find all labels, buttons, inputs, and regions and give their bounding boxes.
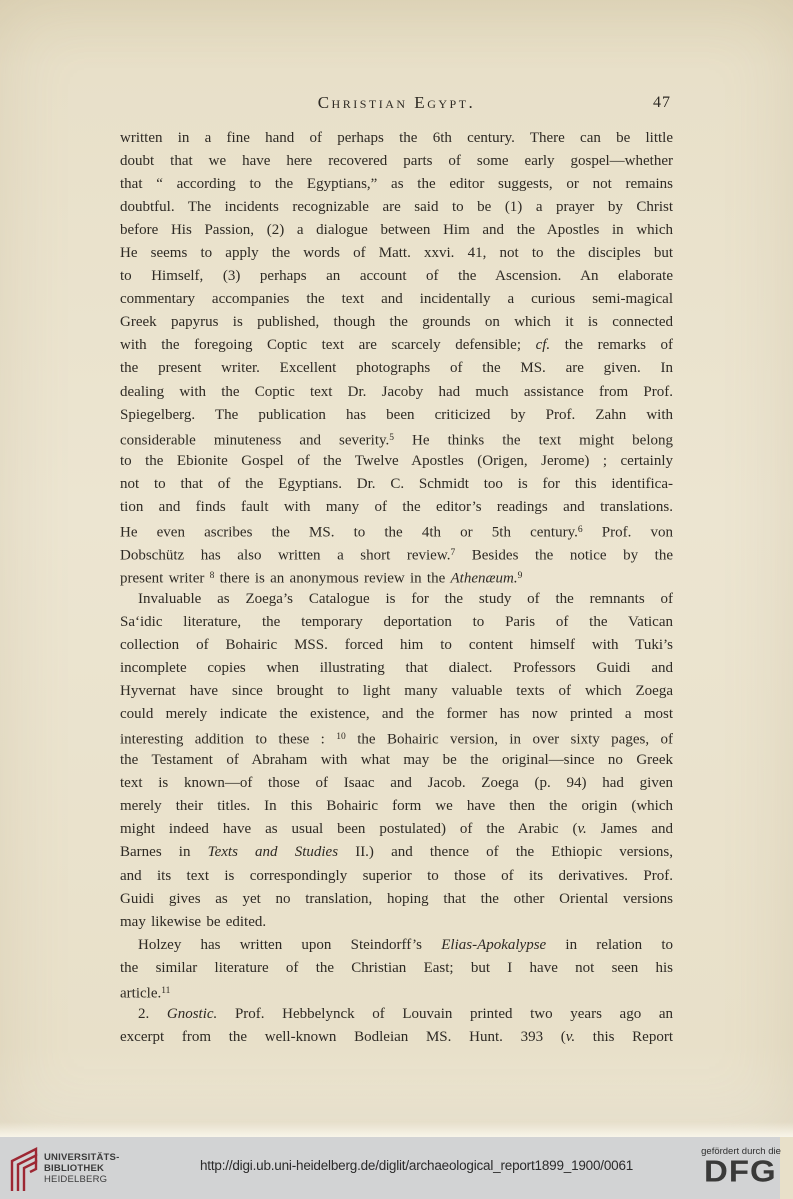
text-segment: James and (587, 821, 673, 837)
text-block: written in a fine hand of perhaps the 6t… (120, 127, 673, 1049)
text-line: Hyvernat have since brought to light man… (120, 680, 673, 703)
text-line: to the Ebionite Gospel of the Twelve Apo… (120, 450, 673, 473)
text-line: not to that of the Egyptians. Dr. C. Sch… (120, 473, 673, 496)
text-line: 2. Gnostic. Prof. Hebbelynck of Louvain … (120, 1003, 673, 1026)
text-segment: Hyvernat have since brought to light man… (120, 683, 673, 699)
text-segment: Greek papyrus is published, though the g… (120, 314, 673, 330)
text-segment: Invaluable as Zoega’s Catalogue is for t… (138, 591, 673, 607)
text-segment: considerable minuteness and severity. (120, 432, 389, 448)
text-line: merely their titles. In this Bohairic fo… (120, 795, 673, 818)
text-line: to Himself, (3) perhaps an account of th… (120, 265, 673, 288)
text-segment: 2. (138, 1006, 167, 1022)
ub-heidelberg-logo-icon (9, 1147, 40, 1192)
scanned-page: Christian Egypt. 47 written in a fine ha… (0, 0, 793, 1137)
text-segment: before His Passion, (2) a dialogue betwe… (120, 222, 673, 238)
text-segment: not to that of the Egyptians. Dr. C. Sch… (120, 476, 673, 492)
text-line: present writer 8 there is an anonymous r… (120, 565, 673, 588)
text-segment: Gnostic. (167, 1006, 217, 1022)
text-segment: to the Ebionite Gospel of the Twelve Apo… (120, 453, 673, 469)
text-line: could merely indicate the existence, and… (120, 703, 673, 726)
text-segment: interesting addition to these : (120, 732, 336, 748)
dfg-logo: DFG (704, 1154, 774, 1189)
text-line: doubt that we have here recovered parts … (120, 150, 673, 173)
text-segment: with the foregoing Coptic text are scarc… (120, 337, 536, 353)
text-line: before His Passion, (2) a dialogue betwe… (120, 219, 673, 242)
text-line: that “ according to the Egyptians,” as t… (120, 173, 673, 196)
text-segment: Athenæum. (451, 570, 518, 586)
text-line: Invaluable as Zoega’s Catalogue is for t… (120, 588, 673, 611)
text-segment: article. (120, 985, 161, 1001)
text-line: with the foregoing Coptic text are scarc… (120, 334, 673, 357)
text-line: written in a fine hand of perhaps the 6t… (120, 127, 673, 150)
text-line: Holzey has written upon Steindorff’s Eli… (120, 934, 673, 957)
text-segment: to Himself, (3) perhaps an account of th… (120, 268, 673, 284)
text-segment: 9 (518, 571, 523, 581)
text-segment: the Testament of Abraham with what may b… (120, 752, 673, 768)
text-line: article.11 (120, 980, 673, 1003)
text-segment: Prof. Hebbelynck of Louvain printed two … (217, 1006, 673, 1022)
text-line: the present writer. Excellent photograph… (120, 357, 673, 380)
text-line: excerpt from the well-known Bodleian MS.… (120, 1026, 673, 1049)
text-segment: Spiegelberg. The publication has been cr… (120, 407, 673, 423)
text-line: the Testament of Abraham with what may b… (120, 749, 673, 772)
text-line: commentary accompanies the text and inci… (120, 288, 673, 311)
text-segment: there is an anonymous review in the (214, 570, 450, 586)
text-line: Sa‘idic literature, the temporary deport… (120, 611, 673, 634)
scan-page-edge (0, 1122, 793, 1137)
text-segment: v. (578, 821, 587, 837)
text-segment: this Report (575, 1029, 673, 1045)
text-line: and its text is correspondingly superior… (120, 865, 673, 888)
text-line: interesting addition to these : 10 the B… (120, 726, 673, 749)
text-segment: the similar literature of the Christian … (120, 960, 673, 976)
text-segment: the present writer. Excellent photograph… (120, 360, 673, 376)
text-segment: commentary accompanies the text and inci… (120, 291, 673, 307)
text-segment: Besides the notice by the (455, 547, 673, 563)
text-segment: Elias-Apokalypse (441, 937, 546, 953)
text-line: text is known—of those of Isaac and Jaco… (120, 772, 673, 795)
text-segment: II.) and thence of the Ethiopic versions… (338, 844, 673, 860)
text-segment: 11 (161, 986, 170, 996)
text-segment: dealing with the Coptic text Dr. Jacoby … (120, 384, 673, 400)
text-segment: the remarks of (550, 337, 673, 353)
text-segment: cf. (536, 337, 551, 353)
text-segment: the Bohairic version, in over sixty page… (346, 732, 673, 748)
text-segment: Dobschütz has also written a short revie… (120, 547, 450, 563)
document-url: http://digi.ub.uni-heidelberg.de/diglit/… (200, 1158, 633, 1173)
text-segment: He thinks the text might belong (394, 432, 673, 448)
library-name-line: HEIDELBERG (44, 1175, 119, 1186)
text-segment: that “ according to the Egyptians,” as t… (120, 176, 673, 192)
text-line: incomplete copies when illustrating that… (120, 657, 673, 680)
text-segment: Barnes in (120, 844, 208, 860)
text-segment: text is known—of those of Isaac and Jaco… (120, 775, 673, 791)
text-segment: 10 (336, 732, 346, 742)
running-title: Christian Egypt. (120, 93, 673, 113)
text-segment: merely their titles. In this Bohairic fo… (120, 798, 673, 814)
page-header: Christian Egypt. 47 (120, 93, 673, 117)
library-name: UNIVERSITÄTS- BIBLIOTHEK HEIDELBERG (44, 1153, 119, 1185)
text-segment: present writer (120, 570, 210, 586)
text-line: collection of Bohairic MSS. forced him t… (120, 634, 673, 657)
text-segment: might indeed have as usual been postulat… (120, 821, 578, 837)
text-segment: doubtful. The incidents recognizable are… (120, 199, 673, 215)
text-line: may likewise be edited. (120, 911, 673, 934)
text-segment: could merely indicate the existence, and… (120, 706, 673, 722)
text-segment: Holzey has written upon Steindorff’s (138, 937, 441, 953)
text-line: Guidi gives as yet no translation, hopin… (120, 888, 673, 911)
text-line: considerable minuteness and severity.5 H… (120, 427, 673, 450)
text-line: Dobschütz has also written a short revie… (120, 542, 673, 565)
text-segment: written in a fine hand of perhaps the 6t… (120, 130, 673, 146)
text-segment: collection of Bohairic MSS. forced him t… (120, 637, 673, 653)
text-line: Greek papyrus is published, though the g… (120, 311, 673, 334)
text-segment: Prof. von (583, 524, 673, 540)
page-number: 47 (653, 94, 671, 112)
text-line: the similar literature of the Christian … (120, 957, 673, 980)
text-segment: Sa‘idic literature, the temporary deport… (120, 614, 673, 630)
text-segment: and its text is correspondingly superior… (120, 868, 673, 884)
viewer-footer-bar: UNIVERSITÄTS- BIBLIOTHEK HEIDELBERG http… (0, 1137, 780, 1199)
text-segment: Texts and Studies (208, 844, 338, 860)
text-line: He even ascribes the MS. to the 4th or 5… (120, 519, 673, 542)
library-name-line: BIBLIOTHEK (44, 1164, 119, 1175)
text-line: might indeed have as usual been postulat… (120, 818, 673, 841)
text-segment: tion and finds fault with many of the ed… (120, 499, 673, 515)
text-segment: excerpt from the well-known Bodleian MS.… (120, 1029, 566, 1045)
text-line: Spiegelberg. The publication has been cr… (120, 404, 673, 427)
text-segment: may likewise be edited. (120, 914, 266, 930)
text-segment: in relation to (546, 937, 673, 953)
text-segment: v. (566, 1029, 575, 1045)
text-segment: doubt that we have here recovered parts … (120, 153, 673, 169)
text-segment: He even ascribes the MS. to the 4th or 5… (120, 524, 578, 540)
text-line: doubtful. The incidents recognizable are… (120, 196, 673, 219)
text-segment: incomplete copies when illustrating that… (120, 660, 673, 676)
text-line: Barnes in Texts and Studies II.) and the… (120, 841, 673, 864)
text-segment: Guidi gives as yet no translation, hopin… (120, 891, 673, 907)
text-segment: He seems to apply the words of Matt. xxv… (120, 245, 673, 261)
text-line: He seems to apply the words of Matt. xxv… (120, 242, 673, 265)
text-line: dealing with the Coptic text Dr. Jacoby … (120, 381, 673, 404)
text-line: tion and finds fault with many of the ed… (120, 496, 673, 519)
